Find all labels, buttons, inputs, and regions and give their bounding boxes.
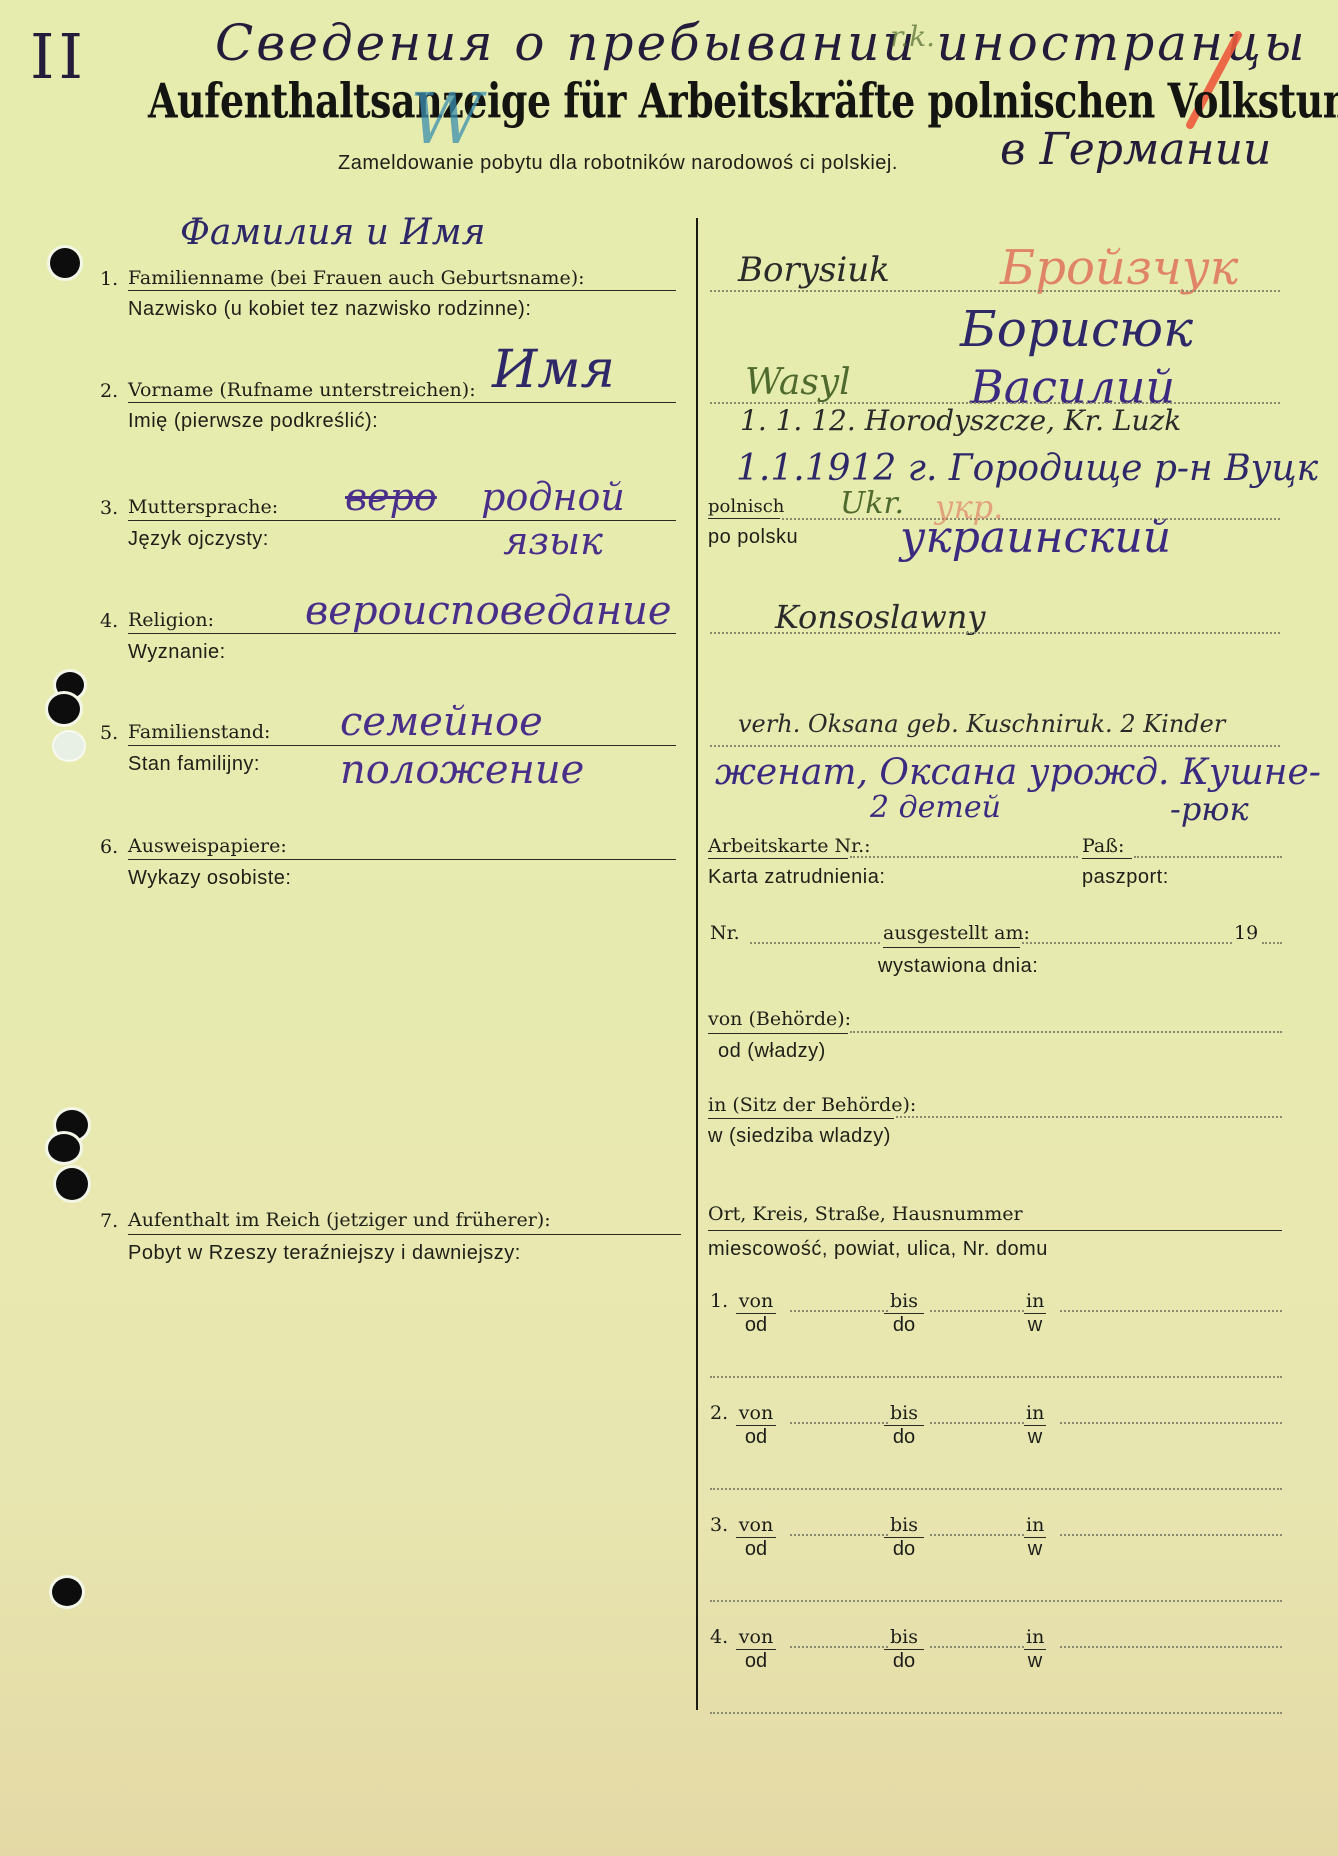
nationality-german-transcription: Ukr.	[840, 486, 904, 521]
family-german-transcription: verh. Oksana geb. Kuschniruk. 2 Kinder	[738, 710, 1225, 738]
form-subtitle: Zameldowanie pobytu dla robotników narod…	[338, 152, 898, 175]
passport-label-de: Paß:	[1082, 835, 1124, 857]
field-5-number: 5.	[100, 722, 118, 744]
stay-from-dotted	[790, 1422, 888, 1424]
stay-in: inw	[1024, 1290, 1046, 1337]
field-1-number: 1.	[100, 268, 118, 290]
field-3-handwritten: родной язык	[458, 475, 648, 563]
blue-scribble-mark: W	[410, 78, 482, 160]
stay-until: bisdo	[884, 1290, 924, 1337]
stay-until-dotted	[930, 1310, 1024, 1312]
field-2-number: 2.	[100, 380, 118, 402]
stay-from: vonod	[736, 1290, 776, 1337]
field-7-label-pl: Pobyt w Rzeszy teraźniejszy i dawniejszy…	[128, 1242, 521, 1265]
stay-until: bisdo	[884, 1402, 924, 1449]
family-russian-line2: 2 детей	[870, 790, 1001, 825]
punch-hole	[48, 1134, 80, 1162]
authority-label-de: von (Behörde):	[708, 1008, 851, 1030]
field-6-rule	[128, 859, 676, 860]
field-4-label-pl: Wyznanie:	[128, 641, 226, 664]
issued-rule	[883, 947, 1020, 948]
passport-rule	[1082, 858, 1132, 859]
punch-hole-empty	[54, 732, 84, 760]
field-1-handwritten-heading: Фамилия и Имя	[180, 212, 485, 253]
column-divider	[696, 218, 698, 1710]
firstname-german-transcription: Wasyl	[745, 362, 851, 403]
form-title: Aufenthaltsanzeige für Arbeitskräfte pol…	[148, 72, 1338, 128]
authority-label-pl: od (władzy)	[718, 1040, 826, 1063]
seat-dotted	[896, 1116, 1282, 1118]
address-label-de: Ort, Kreis, Straße, Hausnummer	[708, 1203, 1023, 1225]
punch-hole	[48, 694, 80, 724]
field-7-rule	[128, 1234, 681, 1235]
surname-red-note: Бройзчук	[1000, 240, 1238, 296]
nationality-label-de: polnisch	[708, 496, 784, 517]
punch-hole	[52, 1578, 82, 1606]
punch-hole	[50, 248, 80, 278]
address-rule	[708, 1230, 1282, 1231]
stay-from: vonod	[736, 1626, 776, 1673]
seat-label-pl: w (siedziba wladzy)	[708, 1125, 891, 1148]
work-card-rule	[708, 858, 848, 859]
work-card-dotted	[850, 856, 1078, 858]
field-5-label-pl: Stan familijny:	[128, 753, 260, 776]
stay-in-dotted	[1060, 1310, 1282, 1312]
address-label-pl: miescowość, powiat, ulica, Nr. domu	[708, 1238, 1048, 1261]
seat-label-de: in (Sitz der Behörde):	[708, 1094, 916, 1116]
stay-until: bisdo	[884, 1626, 924, 1673]
stay-number: 3.	[710, 1514, 728, 1536]
field-7-number: 7.	[100, 1210, 118, 1232]
field-6-label-pl: Wykazy osobiste:	[128, 867, 291, 890]
field-2-rule	[128, 402, 676, 403]
nr-label: Nr.	[710, 922, 740, 944]
nationality-label-pl: po polsku	[708, 526, 798, 549]
field-3-label-de: Muttersprache:	[128, 496, 278, 518]
field-5-rule	[128, 745, 676, 746]
stay-from-dotted	[790, 1534, 888, 1536]
work-card-label-pl: Karta zatrudnienia:	[708, 866, 885, 889]
field-7-label-de: Aufenthalt im Reich (jetziger und früher…	[128, 1209, 551, 1231]
field-4-rule	[128, 633, 676, 634]
field-2-label-pl: Imię (pierwsze podkreślić):	[128, 410, 378, 433]
stay-in: inw	[1024, 1402, 1046, 1449]
family-russian-line1: женат, Оксана урожд. Кушне-	[715, 752, 1321, 793]
family-russian-line2b: -рюк	[1170, 790, 1249, 828]
nr-dotted	[750, 942, 880, 944]
field-4-number: 4.	[100, 610, 118, 632]
field-1-rule	[128, 290, 676, 291]
punch-hole	[56, 1168, 88, 1200]
stay-in-dotted	[1060, 1422, 1282, 1424]
stay-in-dotted	[1060, 1646, 1282, 1648]
stay-in: inw	[1024, 1626, 1046, 1673]
field-3-label-pl: Język ojczysty:	[128, 528, 269, 551]
stay-from: vonod	[736, 1402, 776, 1449]
field-2-label-de: Vorname (Rufname unterstreichen):	[128, 379, 476, 401]
stay-until-dotted	[930, 1534, 1024, 1536]
nationality-label-rule	[708, 518, 780, 519]
handwritten-header-line1: Сведения о пребывании иностранцы	[215, 14, 1308, 72]
surname-dotted-line	[710, 290, 1280, 292]
stay-number: 2.	[710, 1402, 728, 1424]
stay-number: 4.	[710, 1626, 728, 1648]
stay-from-dotted	[790, 1310, 888, 1312]
stay-until: bisdo	[884, 1514, 924, 1561]
surname-german-transcription: Borysiuk	[738, 250, 890, 290]
field-3-handwritten-struck: веро	[345, 475, 437, 519]
field-3-number: 3.	[100, 497, 118, 519]
year-prefix: 19	[1234, 922, 1258, 944]
stay-number: 1.	[710, 1290, 728, 1312]
nationality-russian: украинский	[900, 512, 1171, 563]
field-1-label-pl: Nazwisko (u kobiet tez nazwisko rodzinne…	[128, 298, 531, 321]
stay-in-dotted	[1060, 1534, 1282, 1536]
religion-dotted-line	[710, 632, 1280, 634]
birth-russian: 1.1.1912 г. Городище р-н Вуцк	[736, 448, 1318, 489]
stay-until-dotted	[930, 1646, 1024, 1648]
passport-dotted	[1134, 856, 1282, 858]
stay-from-dotted	[790, 1646, 888, 1648]
field-3-rule	[128, 520, 676, 521]
stay-extra-dotted	[710, 1600, 1282, 1602]
field-1-label-de: Familienname (bei Frauen auch Geburtsnam…	[128, 267, 585, 289]
seat-rule	[708, 1118, 894, 1119]
issued-label-de: ausgestellt am:	[883, 922, 1030, 944]
year-dotted	[1262, 942, 1282, 944]
issued-dotted	[1022, 942, 1232, 944]
field-4-handwritten: вероисповедание	[305, 588, 672, 634]
work-card-label-de: Arbeitskarte Nr.:	[708, 835, 871, 857]
authority-rule	[708, 1033, 848, 1034]
passport-label-pl: paszport:	[1082, 866, 1169, 889]
handwritten-header-line2: в Германии	[1000, 124, 1271, 175]
field-5-label-de: Familienstand:	[128, 721, 270, 743]
stay-until-dotted	[930, 1422, 1024, 1424]
field-4-label-de: Religion:	[128, 609, 214, 631]
margin-mark: II	[30, 20, 87, 93]
field-5-handwritten: семейное положение	[340, 698, 640, 794]
stay-extra-dotted	[710, 1488, 1282, 1490]
authority-dotted	[850, 1031, 1282, 1033]
surname-russian: Борисюк	[960, 300, 1193, 358]
field-6-number: 6.	[100, 836, 118, 858]
issued-label-pl: wystawiona dnia:	[878, 955, 1038, 978]
stay-extra-dotted	[710, 1712, 1282, 1714]
field-6-label-de: Ausweispapiere:	[128, 835, 287, 857]
stay-in: inw	[1024, 1514, 1046, 1561]
handwritten-header-green-note: r.k.	[890, 20, 935, 53]
birth-german-transcription: 1. 1. 12. Horodyszcze, Kr. Luzk	[740, 404, 1181, 437]
stay-extra-dotted	[710, 1376, 1282, 1378]
religion-german-transcription: Konsoslawny	[775, 598, 985, 636]
field-2-handwritten: Имя	[492, 340, 615, 400]
family-dotted-line	[710, 745, 1280, 747]
stay-from: vonod	[736, 1514, 776, 1561]
